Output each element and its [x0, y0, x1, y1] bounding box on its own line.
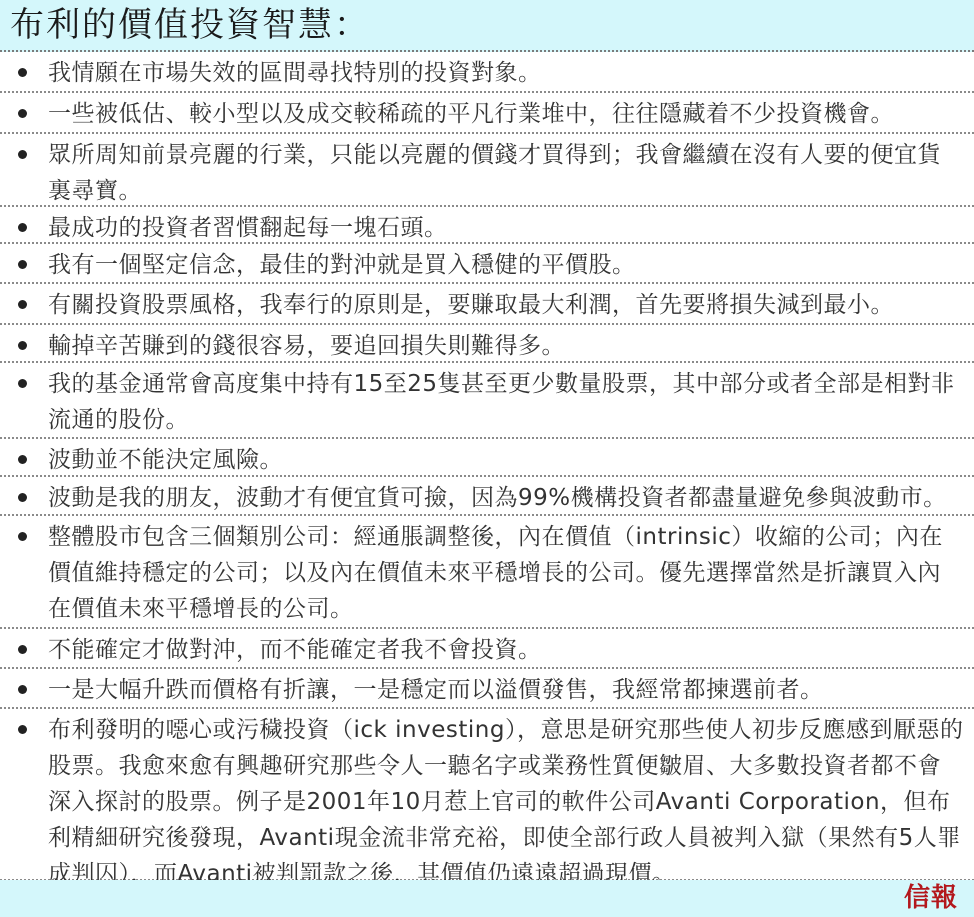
quote-item: 我情願在市場失效的區間尋找特別的投資對象。 [0, 52, 974, 93]
quote-text: 我有一個堅定信念，最佳的對沖就是買入穩健的平價股。 [48, 252, 636, 278]
bullet-icon [18, 379, 27, 388]
quote-item: 輸掉辛苦賺到的錢很容易，要追回損失則難得多。 [0, 325, 974, 363]
quote-text: 一是大幅升跌而價格有折讓，一是穩定而以溢價發售，我經常都揀選前者。 [48, 677, 824, 703]
quote-item: 整體股市包含三個類別公司：經通脹調整後，內在價值（intrinsic）收縮的公司… [0, 516, 974, 629]
quote-text: 我的基金通常會高度集中持有15至25隻甚至更少數量股票，其中部分或者全部是相對非… [48, 371, 955, 433]
quote-item: 一是大幅升跌而價格有折讓，一是穩定而以溢價發售，我經常都揀選前者。 [0, 669, 974, 709]
bullet-icon [18, 685, 27, 694]
page-title: 布利的價值投資智慧： [10, 2, 370, 48]
bullet-icon [18, 109, 27, 118]
quote-text: 最成功的投資者習慣翻起每一塊石頭。 [48, 215, 448, 241]
quote-text: 波動是我的朋友，波動才有便宜貨可撿，因為99%機構投資者都盡量避免參與波動市。 [48, 485, 947, 511]
bullet-icon [18, 455, 27, 464]
quote-text: 我情願在市場失效的區間尋找特別的投資對象。 [48, 60, 542, 86]
bullet-icon [18, 68, 27, 77]
bullet-icon [18, 300, 27, 309]
bullet-icon [18, 150, 27, 159]
quote-text: 有關投資股票風格，我奉行的原則是，要賺取最大利潤，首先要將損失減到最小。 [48, 292, 894, 318]
quote-item: 有關投資股票風格，我奉行的原則是，要賺取最大利潤，首先要將損失減到最小。 [0, 284, 974, 325]
quote-list: 我情願在市場失效的區間尋找特別的投資對象。一些被低估、較小型以及成交較稀疏的平凡… [0, 52, 974, 881]
quote-text: 輸掉辛苦賺到的錢很容易，要追回損失則難得多。 [48, 333, 565, 359]
bullet-icon [18, 341, 27, 350]
quote-item: 我的基金通常會高度集中持有15至25隻甚至更少數量股票，其中部分或者全部是相對非… [0, 363, 974, 439]
publisher-logo: 信報 [904, 882, 958, 914]
bullet-icon [18, 532, 27, 541]
quote-item: 最成功的投資者習慣翻起每一塊石頭。 [0, 207, 974, 244]
quote-item: 不能確定才做對沖，而不能確定者我不會投資。 [0, 629, 974, 669]
quote-item: 波動並不能決定風險。 [0, 439, 974, 477]
quote-text: 不能確定才做對沖，而不能確定者我不會投資。 [48, 637, 542, 663]
quote-text: 整體股市包含三個類別公司：經通脹調整後，內在價值（intrinsic）收縮的公司… [48, 524, 943, 622]
bullet-icon [18, 223, 27, 232]
bullet-icon [18, 725, 27, 734]
quote-text: 眾所周知前景亮麗的行業，只能以亮麗的價錢才買得到；我會繼續在沒有人要的便宜貨裏尋… [48, 142, 941, 204]
quote-text: 波動並不能決定風險。 [48, 447, 283, 473]
quote-text: 布利發明的噁心或污穢投資（ick investing），意思是研究那些使人初步反… [48, 717, 963, 887]
bullet-icon [18, 260, 27, 269]
quote-text: 一些被低估、較小型以及成交較稀疏的平凡行業堆中，往往隱藏着不少投資機會。 [48, 101, 894, 127]
quote-item: 我有一個堅定信念，最佳的對沖就是買入穩健的平價股。 [0, 244, 974, 284]
quote-item: 波動是我的朋友，波動才有便宜貨可撿，因為99%機構投資者都盡量避免參與波動市。 [0, 477, 974, 516]
title-bar: 布利的價值投資智慧： [0, 0, 974, 52]
quote-item: 眾所周知前景亮麗的行業，只能以亮麗的價錢才買得到；我會繼續在沒有人要的便宜貨裏尋… [0, 134, 974, 207]
quote-item: 布利發明的噁心或污穢投資（ick investing），意思是研究那些使人初步反… [0, 709, 974, 881]
bullet-icon [18, 493, 27, 502]
footer-bar: 信報 [0, 880, 974, 917]
quote-item: 一些被低估、較小型以及成交較稀疏的平凡行業堆中，往往隱藏着不少投資機會。 [0, 93, 974, 134]
bullet-icon [18, 645, 27, 654]
